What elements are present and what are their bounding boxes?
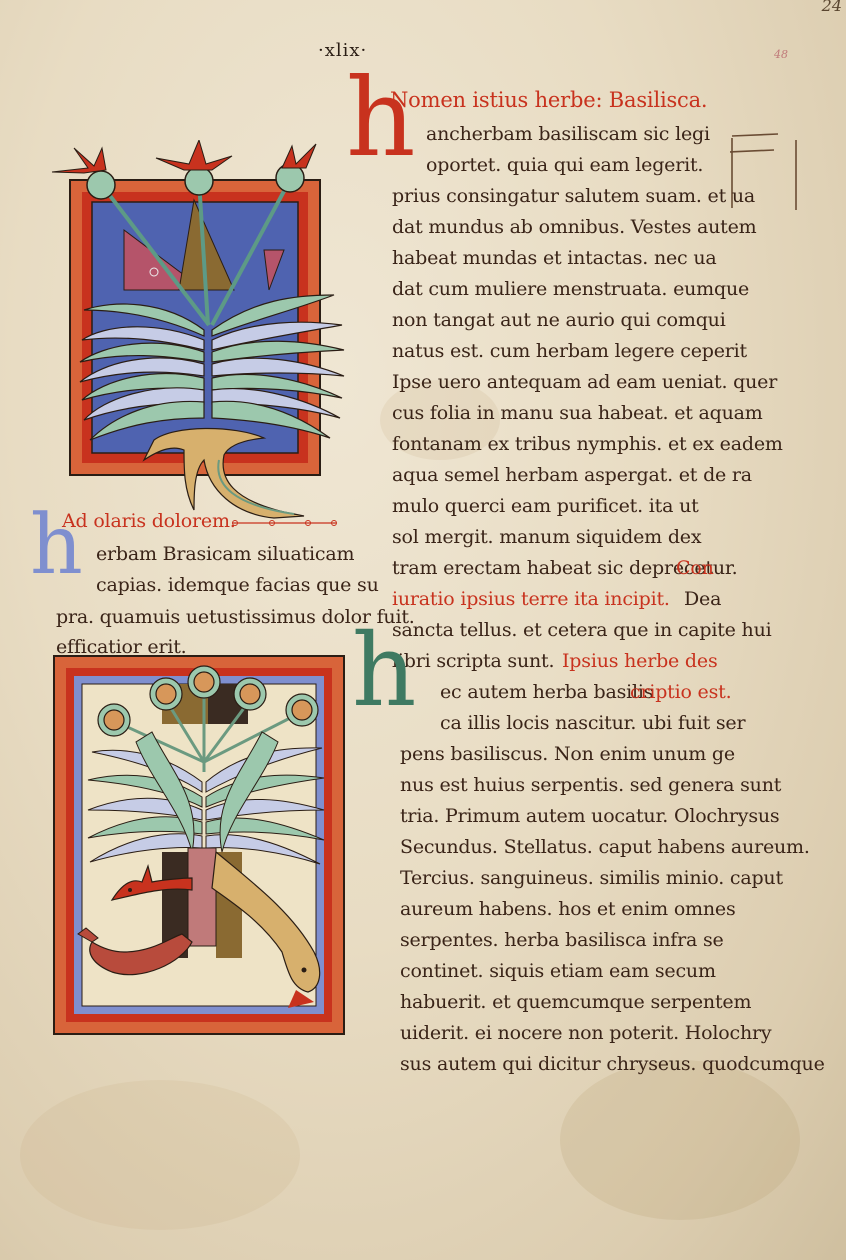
text-line: habeat mundas et intactas. nec ua xyxy=(392,249,717,268)
text-line: non tangat aut ne aurio qui comqui xyxy=(392,311,726,330)
text-line: uiderit. ei nocere non poterit. Holochry xyxy=(400,1024,771,1043)
text-line: Tercius. sanguineus. similis minio. capu… xyxy=(400,869,783,888)
rubric-descriptio: criptio est. xyxy=(630,683,731,702)
text-line: ec autem herba basilis xyxy=(440,683,653,702)
left-text-line: capias. idemque facias que su xyxy=(96,576,379,595)
text-line: sus autem qui dicitur chryseus. quodcumq… xyxy=(400,1055,825,1074)
text-line: nus est huius serpentis. sed genera sunt xyxy=(400,776,781,795)
text-line: aureum habens. hos et enim omnes xyxy=(400,900,736,919)
text-line: ancherbam basiliscam sic legi xyxy=(426,125,710,144)
left-text-line: erbam Brasicam siluaticam xyxy=(96,545,354,564)
text-line: prius consingatur salutem suam. et ua xyxy=(392,187,755,206)
text-line: cus folia in manu sua habeat. et aquam xyxy=(392,404,763,423)
parchment-stain xyxy=(560,1060,800,1220)
text-line: natus est. cum herbam legere ceperit xyxy=(392,342,747,361)
illustration-herb-with-serpents xyxy=(52,652,348,1036)
text-line: serpentes. herba basilisca infra se xyxy=(400,931,724,950)
initial-h-green: h xyxy=(352,612,416,729)
rubric-ad-olaris-dolorem: Ad olaris dolorem. xyxy=(62,512,236,531)
text-line: habuerit. et quemcumque serpentem xyxy=(400,993,751,1012)
text-line: aqua semel herbam aspergat. et de ra xyxy=(392,466,752,485)
text-line: fontanam ex tribus nymphis. et ex eadem xyxy=(392,435,783,454)
title-rubric: Nomen istius herbe: Basilisca. xyxy=(390,90,707,111)
text-line: sancta tellus. et cetera que in capite h… xyxy=(392,621,772,640)
text-line: dat cum muliere menstruata. eumque xyxy=(392,280,749,299)
parchment-stain xyxy=(20,1080,300,1230)
line-filler-ornament xyxy=(230,516,340,530)
text-line: dat mundus ab omnibus. Vestes autem xyxy=(392,218,756,237)
rubric-coniuratio: iuratio ipsius terre ita incipit. xyxy=(392,590,670,609)
text-line: Ipse uero antequam ad eam ueniat. quer xyxy=(392,373,777,392)
rubric-con: Con xyxy=(676,559,714,578)
text-line: continet. siquis etiam eam secum xyxy=(400,962,716,981)
folio-number: 24 xyxy=(822,0,842,15)
rubric-ipsius-herbe: Ipsius herbe des xyxy=(562,652,718,671)
pencil-foliation: 48 xyxy=(774,48,788,61)
text-line: tria. Primum autem uocatur. Olochrysus xyxy=(400,807,779,826)
text-line: oportet. quia qui eam legerit. xyxy=(426,156,703,175)
illustration-herb-upper xyxy=(44,140,354,530)
text-line: sol mergit. manum siquidem dex xyxy=(392,528,701,547)
text-line: Secundus. Stellatus. caput habens aureum… xyxy=(400,838,810,857)
text-line: Dea xyxy=(684,590,721,609)
initial-h-red: h xyxy=(346,56,416,181)
text-line: mulo querci eam purificet. ita ut xyxy=(392,497,699,516)
text-line: ca illis locis nascitur. ubi fuit ser xyxy=(440,714,745,733)
text-line: pens basiliscus. Non enim unum ge xyxy=(400,745,735,764)
